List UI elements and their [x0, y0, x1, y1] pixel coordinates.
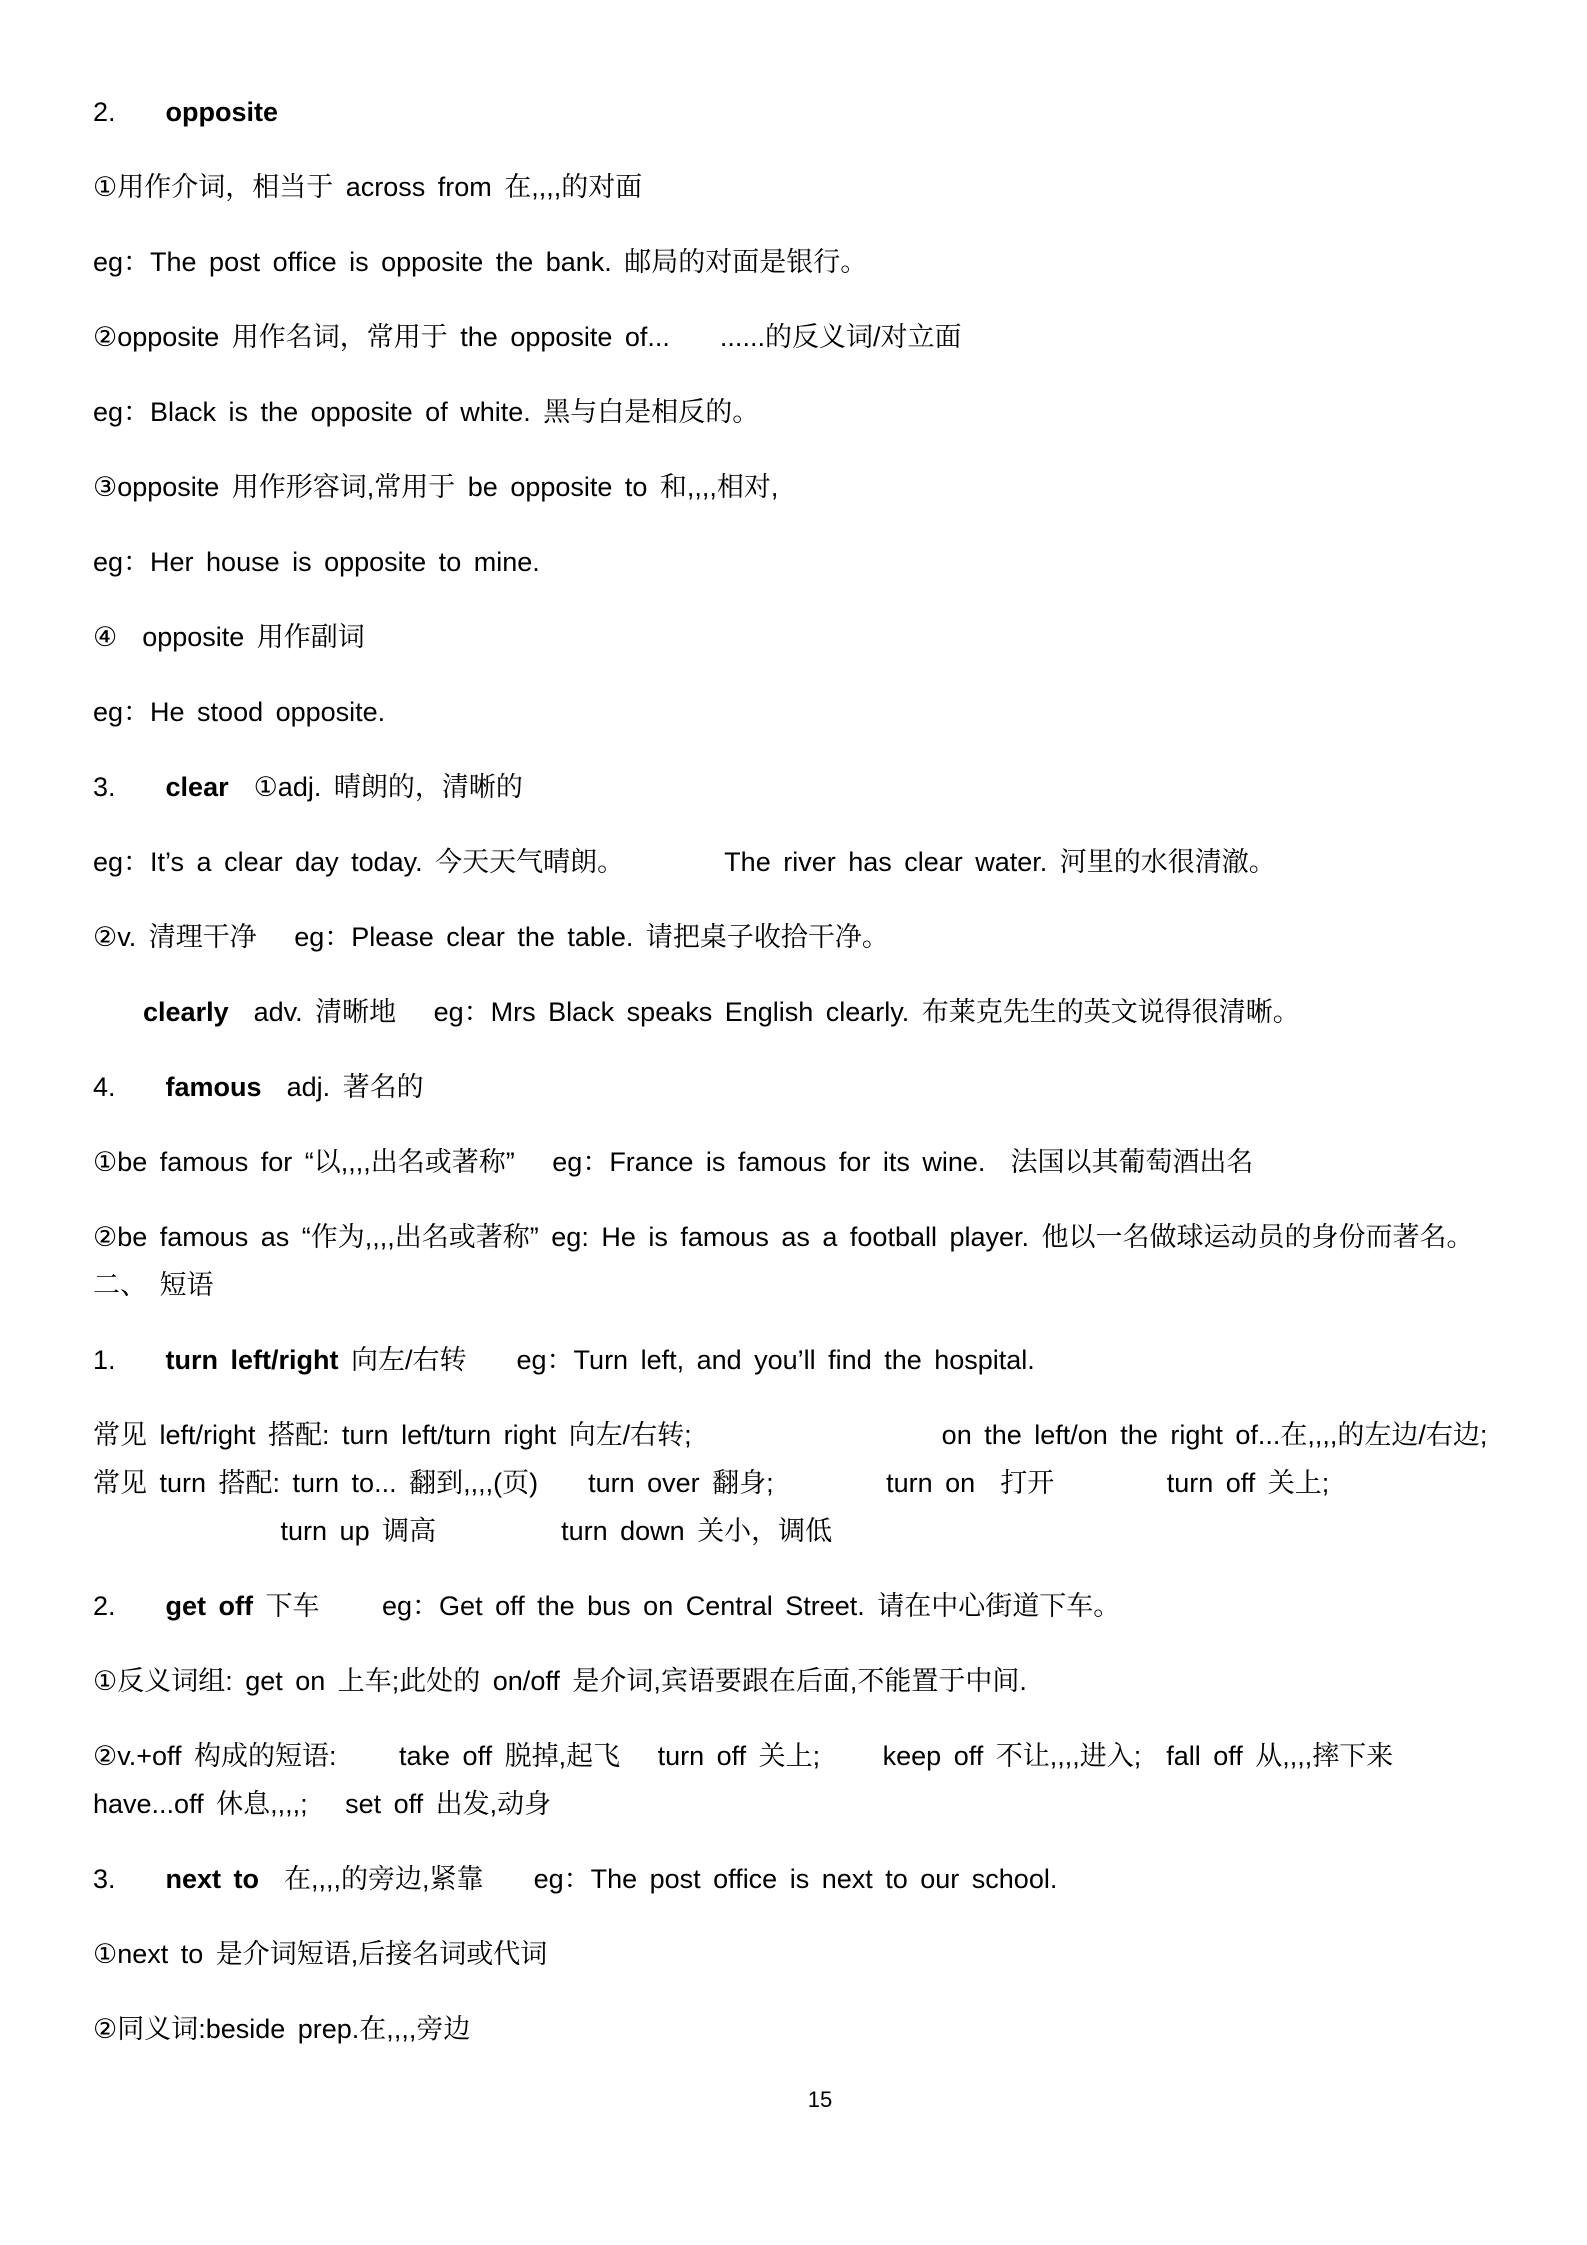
section-heading-phrases: 二、 短语	[93, 1261, 1547, 1309]
text-run: ①adj. 晴朗的，清晰的	[229, 772, 523, 802]
note-opposite-adverb: ④ opposite 用作副词	[93, 613, 1547, 661]
text-run: ④ opposite 用作副词	[93, 622, 365, 652]
example-post-office-bank: eg：The post office is opposite the bank.…	[93, 238, 1547, 286]
text-run: ①反义词组: get on 上车;此处的 on/off 是介词,宾语要跟在后面,…	[93, 1666, 1027, 1696]
text-run: eg：It’s a clear day today. 今天天气晴朗。 The r…	[93, 847, 1276, 877]
note-be-famous-for: ①be famous for “以,,,,出名或著称” eg：France is…	[93, 1138, 1547, 1186]
bold-term: next to	[166, 1864, 260, 1894]
note-clear-verb: ②v. 清理干净 eg：Please clear the table. 请把桌子…	[93, 913, 1547, 961]
text-run: 下车 eg：Get off the bus on Central Street.…	[253, 1591, 1120, 1621]
text-run: 二、 短语	[93, 1270, 214, 1300]
text-run: ②v. 清理干净 eg：Please clear the table. 请把桌子…	[93, 922, 889, 952]
example-black-white: eg：Black is the opposite of white. 黑与白是相…	[93, 388, 1547, 436]
entry-famous: 4. famous adj. 著名的	[93, 1063, 1547, 1111]
text-run: 常见 left/right 搭配: turn left/turn right 向…	[93, 1420, 1487, 1450]
text-run: ②be famous as “作为,,,,出名或著称” eg: He is fa…	[93, 1222, 1474, 1252]
text-run: 3.	[93, 1864, 166, 1894]
bold-term: clearly	[143, 997, 229, 1027]
text-run: ②v.+off 构成的短语: take off 脱掉,起飞 turn off 关…	[93, 1741, 1393, 1771]
bold-term: famous	[166, 1072, 262, 1102]
text-run: adv. 清晰地 eg：Mrs Black speaks English cle…	[229, 997, 1300, 1027]
text-run: adj. 著名的	[262, 1072, 424, 1102]
entry-clear: 3. clear ①adj. 晴朗的，清晰的	[93, 763, 1547, 811]
text-run: 4.	[93, 1072, 166, 1102]
note-next-to-synonym: ②同义词:beside prep.在,,,,旁边	[93, 2005, 1547, 2053]
text-run: ②opposite 用作名词，常用于 the opposite of... ..…	[93, 322, 961, 352]
note-opposite-adjective: ③opposite 用作形容词,常用于 be opposite to 和,,,,…	[93, 463, 1547, 511]
document-page: 2. opposite①用作介词，相当于 across from 在,,,,的对…	[0, 0, 1587, 2245]
page-number: 15	[93, 2076, 1547, 2124]
document-body: 2. opposite①用作介词，相当于 across from 在,,,,的对…	[93, 88, 1547, 2053]
text-run: eg：He stood opposite.	[93, 697, 385, 727]
text-run: ①be famous for “以,,,,出名或著称” eg：France is…	[93, 1147, 1253, 1177]
entry-turn-left-right: 1. turn left/right 向左/右转 eg：Turn left, a…	[93, 1336, 1547, 1384]
text-run: 在,,,,的旁边,紧靠 eg：The post office is next t…	[259, 1864, 1057, 1894]
bold-term: clear	[166, 772, 229, 802]
text-run: 1.	[93, 1345, 166, 1375]
text-run: eg：Black is the opposite of white. 黑与白是相…	[93, 397, 759, 427]
text-run: 常见 turn 搭配: turn to... 翻到,,,,(页) turn ov…	[93, 1468, 1329, 1498]
text-run: eg：Her house is opposite to mine.	[93, 547, 540, 577]
note-verb-off-phrases-continued: have...off 休息,,,,; set off 出发,动身	[93, 1780, 1547, 1828]
text-run: ①用作介词，相当于 across from 在,,,,的对面	[93, 172, 642, 202]
note-turn-up-down: turn up 调高 turn down 关小，调低	[93, 1507, 1547, 1555]
text-run: 向左/右转 eg：Turn left, and you’ll find the …	[339, 1345, 1035, 1375]
text-run: turn up 调高 turn down 关小，调低	[93, 1516, 832, 1546]
entry-clearly: clearly adv. 清晰地 eg：Mrs Black speaks Eng…	[93, 988, 1547, 1036]
note-opposite-preposition: ①用作介词，相当于 across from 在,,,,的对面	[93, 163, 1547, 211]
text-run: 2.	[93, 97, 166, 127]
note-next-to-phrase: ①next to 是介词短语,后接名词或代词	[93, 1930, 1547, 1978]
entry-next-to: 3. next to 在,,,,的旁边,紧靠 eg：The post offic…	[93, 1855, 1547, 1903]
example-he-stood: eg：He stood opposite.	[93, 688, 1547, 736]
text-run: ③opposite 用作形容词,常用于 be opposite to 和,,,,…	[93, 472, 778, 502]
text-run	[93, 997, 143, 1027]
example-clear-day: eg：It’s a clear day today. 今天天气晴朗。 The r…	[93, 838, 1547, 886]
note-turn-collocations: 常见 turn 搭配: turn to... 翻到,,,,(页) turn ov…	[93, 1459, 1547, 1507]
bold-term: get off	[166, 1591, 253, 1621]
bold-term: opposite	[166, 97, 279, 127]
text-run: have...off 休息,,,,; set off 出发,动身	[93, 1789, 551, 1819]
note-get-on-antonym: ①反义词组: get on 上车;此处的 on/off 是介词,宾语要跟在后面,…	[93, 1657, 1547, 1705]
text-run: 2.	[93, 1591, 166, 1621]
entry-get-off: 2. get off 下车 eg：Get off the bus on Cent…	[93, 1582, 1547, 1630]
note-verb-off-phrases: ②v.+off 构成的短语: take off 脱掉,起飞 turn off 关…	[93, 1732, 1547, 1780]
text-run: 3.	[93, 772, 166, 802]
text-run: eg：The post office is opposite the bank.…	[93, 247, 867, 277]
example-her-house: eg：Her house is opposite to mine.	[93, 538, 1547, 586]
bold-term: turn left/right	[166, 1345, 339, 1375]
entry-opposite: 2. opposite	[93, 88, 1547, 136]
text-run: ①next to 是介词短语,后接名词或代词	[93, 1939, 547, 1969]
note-left-right-collocations: 常见 left/right 搭配: turn left/turn right 向…	[93, 1411, 1547, 1459]
note-be-famous-as: ②be famous as “作为,,,,出名或著称” eg: He is fa…	[93, 1213, 1547, 1261]
note-opposite-noun: ②opposite 用作名词，常用于 the opposite of... ..…	[93, 313, 1547, 361]
text-run: ②同义词:beside prep.在,,,,旁边	[93, 2014, 470, 2044]
